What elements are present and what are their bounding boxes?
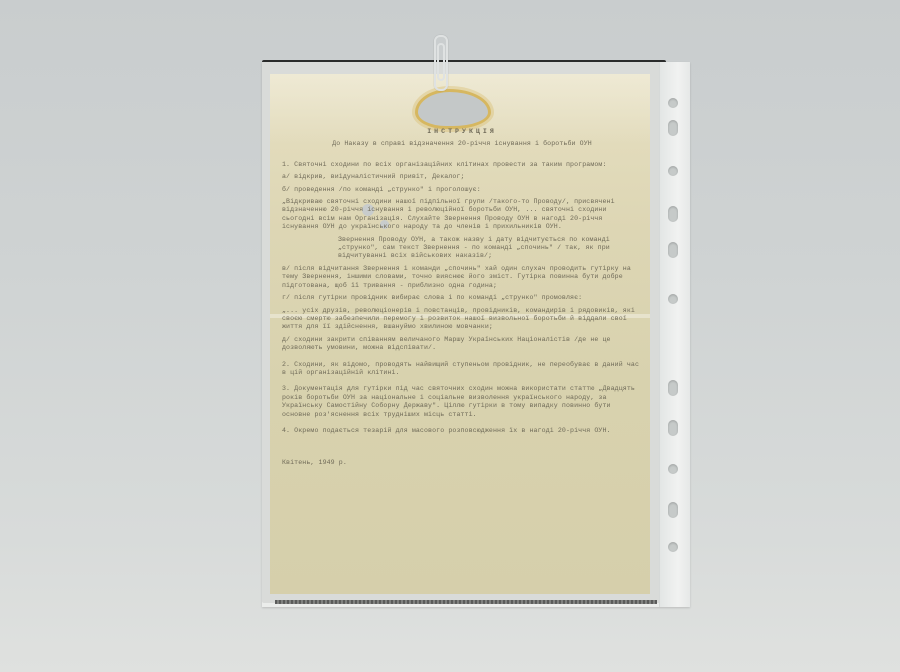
document-paragraph: д/ сходини закрити співанням величаного … xyxy=(282,336,642,353)
document-paragraph: 2. Сходини, як відомо, проводять найвищи… xyxy=(282,361,642,378)
punch-hole-icon xyxy=(668,380,678,396)
document-paragraph: г/ після гутірки провідник вибирає слова… xyxy=(282,294,642,302)
punch-hole-icon xyxy=(668,98,678,108)
document-paragraph: а/ відкрив, виідуналістичний привіт, Дек… xyxy=(282,173,642,181)
document-body: 1. Святочні сходини по всіх організаційн… xyxy=(282,161,642,436)
punch-hole-icon xyxy=(668,166,678,176)
punch-hole-strip xyxy=(659,62,690,607)
punch-hole-icon xyxy=(668,294,678,304)
binder-bottom-edge xyxy=(275,600,657,604)
document-paragraph: „Відкриваю святочні сходини нашої підпіл… xyxy=(282,198,642,232)
document-paragraph: в/ після відчитання Звернення і команди … xyxy=(282,265,642,290)
document-subtitle: До Наказу в справі відзначення 20-річчя … xyxy=(282,140,642,148)
punch-hole-icon xyxy=(668,464,678,474)
punch-hole-icon xyxy=(668,502,678,518)
document-paragraph: 1. Святочні сходини по всіх організаційн… xyxy=(282,161,642,169)
document-paragraph: Звернення Проводу ОУН, а також назву і д… xyxy=(282,236,642,261)
document-title: ІНСТРУКЦІЯ xyxy=(282,128,642,136)
document-paragraph: 4. Окремо подається тезарій для масового… xyxy=(282,427,642,435)
document-paragraph: б/ проведення /по команді „струнко" і пр… xyxy=(282,186,642,194)
burn-hole-damage xyxy=(418,92,488,126)
paperclip-icon xyxy=(434,35,448,91)
document-paragraph: „... усіх друзів, революціонерів і повст… xyxy=(282,307,642,332)
punch-hole-icon xyxy=(668,206,678,222)
punch-hole-icon xyxy=(668,542,678,552)
document-paragraph: 3. Документація для гутірки під час свят… xyxy=(282,385,642,419)
document-text: ІНСТРУКЦІЯ До Наказу в справі відзначенн… xyxy=(282,128,642,468)
punch-hole-icon xyxy=(668,120,678,136)
document-date-signature: Квітень, 1949 р. xyxy=(282,459,642,467)
punch-hole-icon xyxy=(668,420,678,436)
punch-hole-icon xyxy=(668,242,678,258)
